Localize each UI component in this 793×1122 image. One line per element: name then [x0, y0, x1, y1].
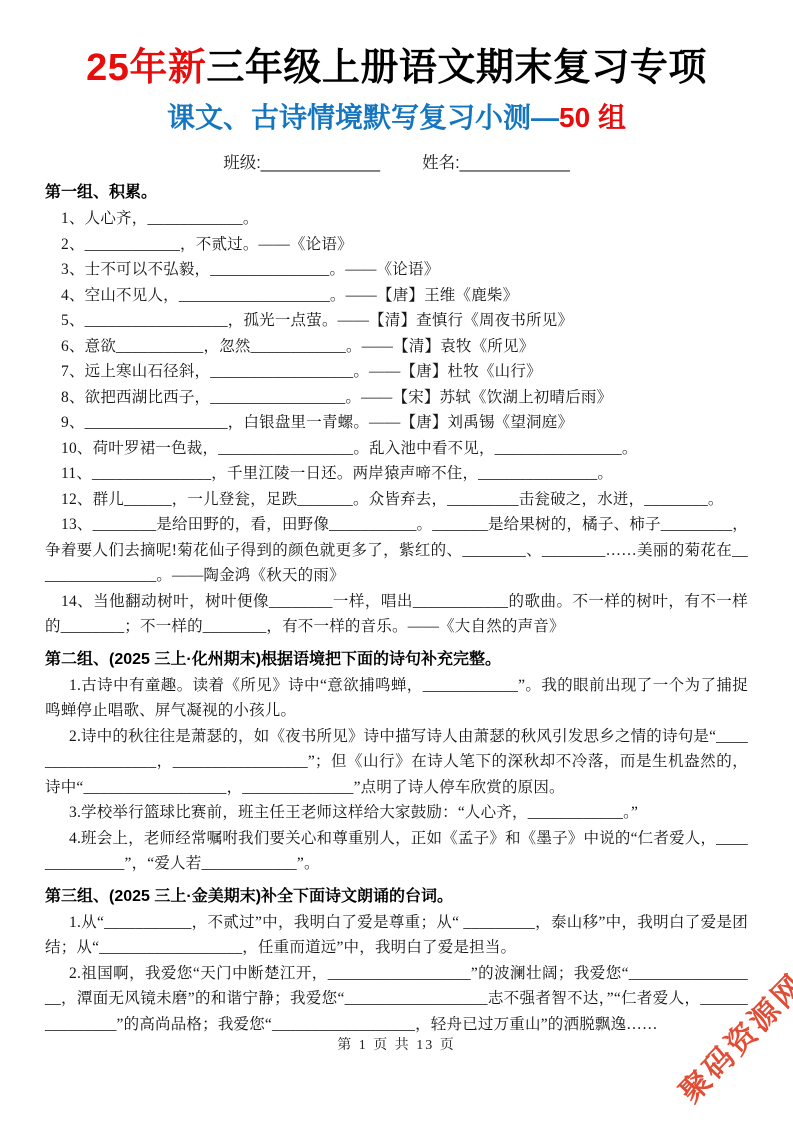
- student-info-line: 班级:_____________ 姓名:____________: [45, 149, 748, 173]
- page-title-main: 三年级上册语文期末复习专项: [206, 47, 707, 89]
- name-field: 姓名:____________: [422, 149, 570, 173]
- section-huazhou-exam: 第二组、(2025 三上·化州期末)根据语境把下面的诗句补充完整。 1.古诗中有…: [45, 649, 748, 877]
- section-accumulation: 第一组、积累。 1、人心齐，____________。 2、__________…: [45, 182, 748, 640]
- worksheet-item-1-7: 7、远上寒山石径斜，__________________。——【唐】杜牧《山行》: [45, 359, 748, 385]
- worksheet-item-1-12: 12、群儿______，一儿登瓮，足跌_______。众皆弃去，________…: [45, 487, 748, 513]
- worksheet-item-2-4: 4.班会上，老师经常嘱咐我们要关心和尊重别人，正如《孟子》和《墨子》中说的“仁者…: [45, 826, 748, 877]
- worksheet-item-1-10: 10、荷叶罗裙一色裁，_________________。乱入池中看不见，___…: [45, 436, 748, 462]
- page-subtitle-main: 课文、古诗情境默写复习小测—: [167, 102, 559, 133]
- class-field: 班级:_____________: [223, 149, 380, 173]
- worksheet-item-1-9: 9、__________________，白银盘里一青螺。——【唐】刘禹锡《望洞…: [45, 410, 748, 436]
- page-subtitle-highlight: 50 组: [559, 102, 626, 133]
- worksheet-item-3-1: 1.从“___________，不贰过”中，我明白了爱是尊重；从“ ______…: [45, 910, 748, 961]
- worksheet-item-1-4: 4、空山不见人，___________________。——【唐】王维《鹿柴》: [45, 283, 748, 309]
- worksheet-item-1-5: 5、__________________，孤光一点萤。——【清】查慎行《周夜书所…: [45, 308, 748, 334]
- section-jinmei-exam: 第三组、(2025 三上·金美期末)补全下面诗文朗诵的台词。 1.从“_____…: [45, 886, 748, 1038]
- worksheet-page: 25年新三年级上册语文期末复习专项 课文、古诗情境默写复习小测—50 组 班级:…: [0, 36, 793, 1037]
- worksheet-item-1-1: 1、人心齐，____________。: [45, 206, 748, 232]
- section-3-heading: 第三组、(2025 三上·金美期末)补全下面诗文朗诵的台词。: [45, 886, 748, 908]
- page-title-highlight: 25年新: [86, 47, 206, 89]
- worksheet-item-1-8: 8、欲把西湖比西子，_________________。——【宋】苏轼《饮湖上初…: [45, 385, 748, 411]
- page-subtitle: 课文、古诗情境默写复习小测—50 组: [45, 96, 748, 136]
- worksheet-item-2-1: 1.古诗中有童趣。读着《所见》诗中“意欲捕鸣蝉，____________”。我的…: [45, 673, 748, 724]
- worksheet-item-1-3: 3、士不可以不弘毅，_______________。——《论语》: [45, 257, 748, 283]
- section-1-heading: 第一组、积累。: [45, 182, 748, 204]
- worksheet-item-1-6: 6、意欲___________，忽然____________。——【清】袁牧《所…: [45, 334, 748, 360]
- worksheet-item-3-2: 2.祖国啊，我爱您“天门中断楚江开，__________________”的波澜…: [45, 961, 748, 1038]
- worksheet-item-2-2: 2.诗中的秋往往是萧瑟的，如《夜书所见》诗中描写诗人由萧瑟的秋风引发思乡之情的诗…: [45, 724, 748, 801]
- worksheet-item-1-2: 2、____________，不贰过。——《论语》: [45, 232, 748, 258]
- page-number: 第 1 页 共 13 页: [0, 1034, 793, 1054]
- section-2-heading: 第二组、(2025 三上·化州期末)根据语境把下面的诗句补充完整。: [45, 649, 748, 671]
- page-title: 25年新三年级上册语文期末复习专项: [45, 36, 748, 91]
- worksheet-item-1-14: 14、当他翻动树叶，树叶便像________一样，唱出____________的…: [45, 589, 748, 640]
- worksheet-item-1-11: 11、_______________，千里江陵一日还。两岸猿声啼不住，_____…: [45, 461, 748, 487]
- worksheet-item-1-13: 13、________是给田野的，看，田野像___________。______…: [45, 512, 748, 589]
- worksheet-item-2-3: 3.学校举行篮球比赛前，班主任王老师这样给大家鼓励：“人心齐，_________…: [45, 800, 748, 826]
